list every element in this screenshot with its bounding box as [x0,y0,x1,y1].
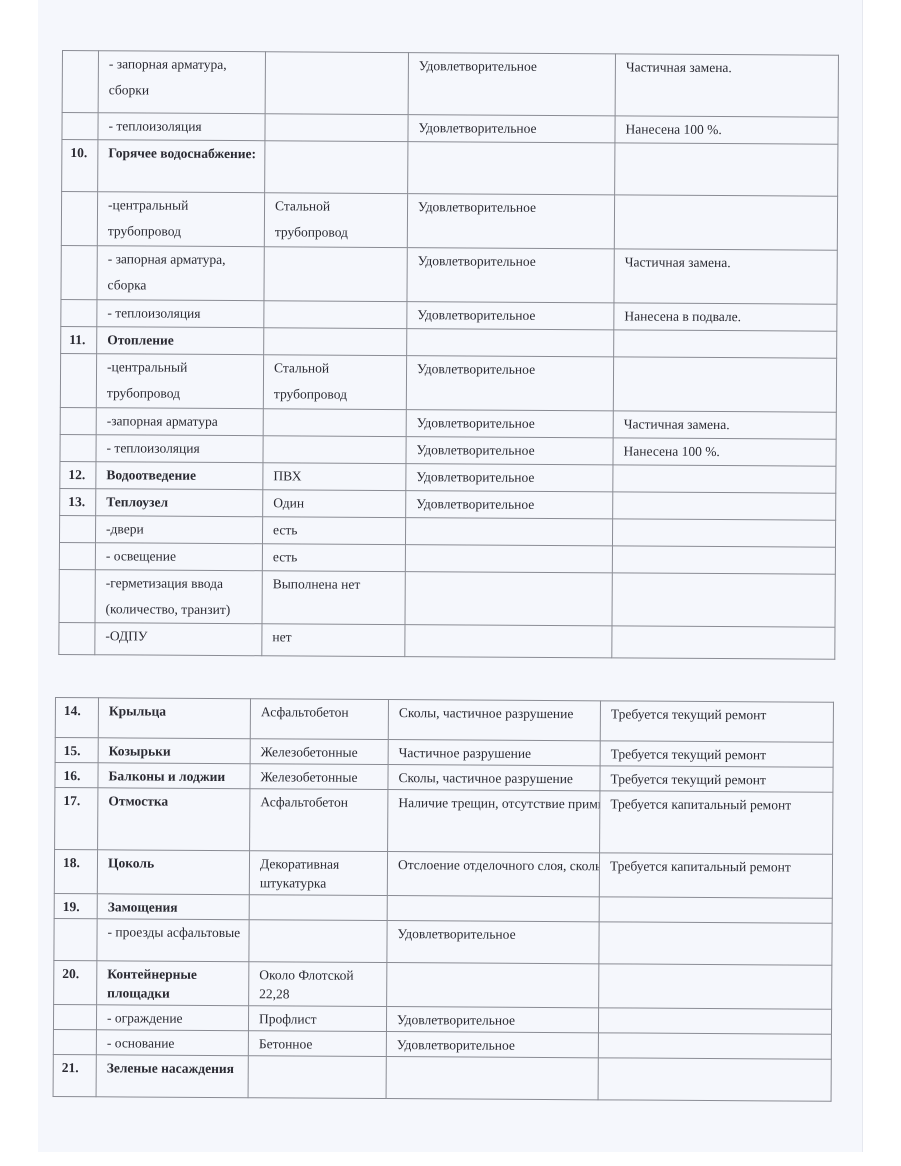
note-cell [599,964,832,1009]
element-name: -герметизация ввода (количество, транзит… [95,570,262,624]
note-cell [612,573,835,627]
table-row: 10.Горячее водоснабжение: [62,140,838,197]
row-number: 11. [61,326,97,353]
condition-cell: Удовлетворительное [407,302,614,330]
condition-cell: Удовлетворительное [406,356,613,411]
row-number [59,622,95,654]
note-cell: Частичная замена. [614,249,837,304]
condition-cell: Отслоение отделочного слоя, сколы, трещи… [387,852,599,897]
note-cell [613,357,836,412]
row-number: 10. [62,140,98,192]
condition-cell [408,142,615,195]
condition-cell [405,625,612,658]
material-cell: Бетонное [248,1031,386,1057]
table-row: -ОДПУнет [59,622,835,659]
section-title: Отмостка [98,788,250,851]
row-number [59,569,95,622]
row-number [53,1029,96,1054]
material-cell: Стальной трубопровод [264,193,407,248]
row-number [61,245,97,299]
row-number: 20. [54,960,97,1004]
section-title: Зеленые насаждения [96,1055,248,1098]
table-row: 21.Зеленые насаждения [53,1054,831,1101]
element-name: - теплоизоляция [96,435,263,463]
table-row: 12.ВодоотведениеПВХУдовлетворительное [60,461,836,493]
condition-cell [405,545,612,573]
material-cell [248,1056,386,1099]
table-row: - теплоизоляцияУдовлетворительноеНанесен… [61,299,837,331]
condition-cell: Удовлетворительное [406,437,613,465]
material-cell: Асфальтобетон [250,699,388,740]
note-cell: Нанесена 100 %. [615,116,838,144]
section-title: Цоколь [97,850,249,895]
material-cell [264,301,407,329]
note-cell [612,626,835,659]
condition-cell: Сколы, частичное разрушение [388,700,600,741]
table-row: 18.ЦокольДекоративная штукатуркаОтслоени… [54,850,832,899]
note-cell [614,195,837,250]
note-cell [612,546,835,574]
condition-cell [405,572,612,626]
section-title: Крыльца [98,698,250,739]
row-number: 14. [55,698,98,738]
table-row: - запорная арматура, сборкиУдовлетворите… [62,51,838,118]
note-cell [599,897,832,923]
condition-cell: Удовлетворительное [408,115,615,143]
row-number [61,299,97,326]
table-row: - освещениеесть [59,542,835,574]
material-cell: есть [262,517,405,545]
note-cell [599,922,832,965]
row-number [60,353,96,407]
condition-cell [405,518,612,546]
table-row: -запорная арматураУдовлетворительноеЧаст… [60,407,836,439]
section-title: Контейнерные площадки [97,961,249,1006]
section-title: Отопление [97,327,264,355]
note-cell [612,519,835,547]
note-cell: Требуется текущий ремонт [600,741,833,767]
row-number: 16. [55,763,98,788]
note-cell [613,492,836,520]
table-row: 20.Контейнерные площадкиОколо Флотской 2… [54,960,832,1009]
element-name: - освещение [95,543,262,571]
table-row: -центральный трубопроводСтальной трубопр… [61,192,837,251]
element-name: - теплоизоляция [98,113,265,141]
row-number: 19. [54,893,97,918]
row-number: 15. [55,738,98,763]
material-cell: Железобетонные [250,739,388,765]
condition-cell: Удовлетворительное [386,1032,598,1058]
section-title: Теплоузел [96,489,263,517]
element-name: -запорная арматура [96,408,263,436]
note-cell: Требуется текущий ремонт [600,701,833,742]
material-cell: Стальной трубопровод [263,355,406,410]
condition-cell: Удовлетворительное [406,410,613,438]
row-number [60,407,96,434]
row-number: 18. [54,850,97,894]
element-name: -двери [95,516,262,544]
row-number: 13. [60,488,96,515]
condition-cell: Удовлетворительное [386,1007,598,1033]
condition-cell: Удовлетворительное [406,464,613,492]
note-cell: Требуется капитальный ремонт [600,791,833,854]
table-row: - проезды асфальтовыеУдовлетворительное [54,918,832,965]
material-cell [263,436,406,464]
section-title: Козырьки [98,738,250,764]
material-cell: есть [262,544,405,572]
section-title: Замощения [97,894,249,920]
material-cell [264,247,407,302]
row-number [60,434,96,461]
section-title: Горячее водоснабжение: [98,140,265,193]
material-cell [263,409,406,437]
material-cell: Профлист [248,1006,386,1032]
material-cell: Асфальтобетон [250,789,388,852]
material-cell [265,52,408,115]
condition-cell: Сколы, частичное разрушение [388,765,600,791]
material-cell [265,141,408,194]
row-number [61,192,97,246]
condition-cell: Удовлетворительное [407,194,614,249]
element-name: -центральный трубопровод [97,192,264,247]
row-number [54,918,97,960]
material-cell [249,920,387,963]
material-cell: Железобетонные [250,764,388,790]
condition-cell: Удовлетворительное [408,53,615,116]
material-cell: ПВХ [263,463,406,491]
condition-cell [407,329,614,357]
material-cell: Декоративная штукатурка [249,851,387,896]
element-name: - проезды асфальтовые [97,919,249,962]
element-name: - основание [96,1030,248,1056]
condition-cell [386,1057,598,1100]
table-row: -герметизация ввода (количество, транзит… [59,569,835,627]
section-title: Балконы и лоджии [98,763,250,789]
material-cell [249,895,387,921]
element-name: - теплоизоляция [97,300,264,328]
note-cell [598,1033,831,1059]
material-cell: Выполнена нет [262,571,405,625]
note-cell [598,1008,831,1034]
note-cell: Нанесена 100 %. [613,438,836,466]
condition-cell [387,963,599,1008]
element-name: - ограждение [96,1005,248,1031]
note-cell: Частичная замена. [615,54,838,117]
inspection-table-engineering-systems: - запорная арматура, сборкиУдовлетворите… [58,50,839,660]
inspection-table-exterior-elements: 14.КрыльцаАсфальтобетонСколы, частичное … [53,697,834,1102]
row-number [62,113,98,140]
material-cell [264,328,407,356]
element-name: -ОДПУ [95,623,262,656]
note-cell: Частичная замена. [613,411,836,439]
note-cell: Требуется капитальный ремонт [599,853,832,898]
table-row: -центральный трубопроводСтальной трубопр… [60,353,836,412]
table-row: 14.КрыльцаАсфальтобетонСколы, частичное … [55,698,833,743]
note-cell [613,465,836,493]
element-name: - запорная арматура, сборки [98,51,265,114]
material-cell [265,114,408,142]
note-cell [614,330,837,358]
condition-cell: Удовлетворительное [407,248,614,303]
row-number: 17. [55,788,98,850]
material-cell: нет [262,624,405,657]
condition-cell: Частичное разрушение [388,740,600,766]
row-number [59,542,95,569]
element-name: -центральный трубопровод [96,354,263,409]
note-cell [598,1058,831,1101]
table-row: 17.ОтмосткаАсфальтобетонНаличие трещин, … [55,788,833,855]
row-number: 12. [60,461,96,488]
note-cell: Нанесена в подвале. [614,303,837,331]
note-cell [615,143,838,196]
row-number [53,1004,96,1029]
row-number [62,51,98,113]
section-title: Водоотведение [96,462,263,490]
condition-cell: Удовлетворительное [406,491,613,519]
note-cell: Требуется текущий ремонт [600,766,833,792]
table-row: - запорная арматура, сборкаУдовлетворите… [61,245,837,304]
material-cell: Около Флотской 22,28 [249,962,387,1007]
table-row: - теплоизоляцияУдовлетворительноеНанесен… [62,113,838,145]
row-number [59,515,95,542]
condition-cell [387,896,599,922]
condition-cell: Наличие трещин, отсутствие примыканий от… [388,790,600,853]
material-cell: Один [263,490,406,518]
element-name: - запорная арматура, сборка [97,246,264,301]
table-row: - теплоизоляцияУдовлетворительноеНанесен… [60,434,836,466]
row-number: 21. [53,1054,96,1096]
condition-cell: Удовлетворительное [387,921,599,964]
